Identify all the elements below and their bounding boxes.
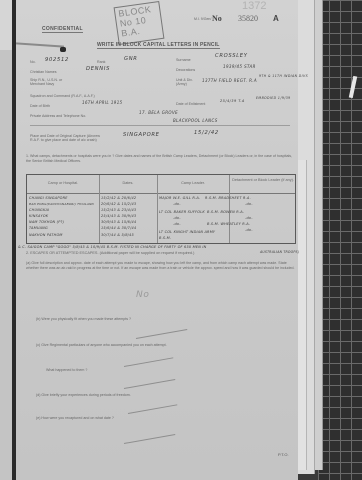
- strike-line: [124, 379, 175, 389]
- table-cell: -do-: [173, 202, 181, 206]
- label-christian-names: Christian Names: [30, 70, 57, 74]
- table-cell: 20/6/42 & 15/2/43: [101, 202, 136, 206]
- answer-2a: No: [136, 290, 150, 300]
- table-cell: 30/9/43 & 15/6/44: [101, 220, 136, 224]
- table-cell: -do-: [245, 216, 253, 220]
- value-date-of-capture: 15/2/42: [194, 130, 219, 136]
- table-cell: CHUNGKAI: [29, 208, 49, 212]
- table-cell: 15/6/44 & 30/7/44: [101, 226, 136, 230]
- value-number: 902512: [45, 57, 69, 63]
- question-2c-followup-text: What happened to them ?: [46, 368, 87, 373]
- header-camp-leader: Camp Leader.: [157, 181, 229, 185]
- pin-head-icon: [60, 47, 66, 52]
- table-header-row: Camp or Hospital. Dates. Camp Leader. De…: [27, 175, 295, 194]
- table-cell: -do-: [245, 228, 253, 232]
- value-address-line1: 17. BELA GROVE: [139, 110, 178, 115]
- label-date-of-enlistment: Date of Enlistment: [176, 102, 205, 106]
- table-cell: NAKHON PATHOM: [29, 233, 63, 237]
- value-address-line2: BLACKPOOL LANCS: [173, 118, 218, 123]
- table-cell: B.S.M. BOWEN R.A.: [207, 210, 244, 214]
- serial-number: 35820: [238, 14, 258, 23]
- label-date-of-birth: Date of Birth: [30, 104, 50, 108]
- value-divisions: 9TH & 11TH INDIAN DIVS: [259, 74, 308, 78]
- question-2e-text: (e) How were you recaptured and on what …: [36, 416, 114, 421]
- label-place-of-capture: Place and Date of Original Capture (Airc…: [30, 134, 110, 142]
- pin-icon: [16, 42, 64, 47]
- value-decorations: 1939/45 STAR: [223, 64, 256, 69]
- table-cell: -do-: [245, 202, 253, 206]
- questionnaire-sheet: CONFIDENTIAL BLOCK No 10 B.A. 1372 M.I. …: [16, 0, 298, 480]
- header-camp: Camp or Hospital.: [27, 181, 99, 185]
- table-cell: LT COL KNIGHT INDIAN ARMY: [159, 230, 215, 234]
- camps-table: Camp or Hospital. Dates. Camp Leader. De…: [26, 174, 296, 244]
- label-squadron: Squadron and Command (R.A.F., A.A.F.): [30, 94, 95, 98]
- value-unit: 137TH FIELD REGT. R.A: [202, 78, 257, 83]
- header-block-leader: Detachment or Block Leader (if any).: [231, 178, 295, 182]
- serial-suffix: A: [273, 14, 279, 23]
- label-ship: Ship R.N., U.S.N. or Merchant Navy: [30, 78, 66, 86]
- value-embodied: EMBODIED 1/9/39: [256, 96, 291, 100]
- value-enlistment: 25/4/39 T.A: [220, 99, 245, 103]
- label-private-address: Private Address and Telephone No.: [30, 114, 86, 118]
- question-2b-text: (b) Were you physically fit when you mad…: [36, 317, 131, 322]
- strike-line: [128, 404, 177, 414]
- column-divider: [157, 175, 158, 243]
- question-2-title: 2. ESCAPES OR ATTEMPTED ESCAPES.: [26, 251, 99, 255]
- column-divider: [99, 175, 100, 243]
- table-cell: R.S.M. BRADSHEET R.A.: [205, 196, 251, 200]
- value-date-of-birth: 16TH APRIL 1915: [82, 100, 123, 105]
- table-cell: 30/7/44 & 5/8/45: [101, 233, 134, 237]
- label-decorations: Decorations: [176, 68, 195, 72]
- table-cell: 15/2/43 & 23/4/43: [101, 208, 136, 212]
- cutting-mat-backdrop: [318, 0, 362, 480]
- binding-gutter: [12, 0, 16, 480]
- divider: [30, 125, 290, 126]
- value-rank: GNR: [124, 56, 138, 62]
- instruction-header: WRITE IN BLOCK CAPITAL LETTERS IN PENCIL: [97, 42, 220, 49]
- faint-stamp-number: 1372: [242, 0, 266, 12]
- table-cell: -do-: [173, 216, 181, 220]
- header-dates: Dates.: [99, 181, 157, 185]
- table-cell: B.S.M.: [159, 236, 171, 240]
- table-cell: -do-: [173, 222, 181, 226]
- table-cell: 15/2/42 & 20/6/42: [101, 196, 136, 200]
- value-place-of-capture: SINGAPORE: [123, 132, 160, 138]
- question-1-text: 1. What camps, detachments or hospitals …: [26, 154, 294, 163]
- confidential-label: CONFIDENTIAL: [42, 26, 83, 33]
- question-2-note: (Additional paper will be supplied on re…: [100, 251, 195, 255]
- handwritten-note: AUSTRALIAN TROOPS): [260, 250, 299, 254]
- table-cell: TAMUANG: [29, 226, 48, 230]
- question-2d-text: (d) Give briefly your experiences during…: [36, 393, 131, 398]
- column-divider: [229, 175, 230, 243]
- table-cell: MAJOR W.E. GILL R.A.: [159, 196, 200, 200]
- label-surname: Surname: [176, 58, 191, 62]
- strike-line: [124, 357, 173, 367]
- table-cell: 25/4/43 & 30/9/43: [101, 214, 136, 218]
- table-cell: CHANGI SINGAPORE: [29, 196, 68, 200]
- serial-no-label: No: [212, 14, 222, 23]
- strike-line: [124, 434, 175, 444]
- question-2a-text: (a) Give full description and approx. da…: [26, 261, 296, 270]
- serial-prefix: M.I. 9/Gen/: [194, 17, 211, 21]
- label-unit-div: Unit & Div. (Army): [176, 78, 200, 86]
- table-overflow-note: & C. SAIGON CAMP "GOGO" 5/8/45 & 10/9/45…: [18, 245, 206, 249]
- table-cell: BAN PONG(KANCHANABURI) THAILAND: [29, 202, 94, 206]
- table-cell: B.S.M. WHEATLEY R.A.: [207, 222, 250, 226]
- block-stamp: BLOCK No 10 B.A.: [114, 1, 165, 45]
- label-rank: Rank: [97, 60, 105, 64]
- value-christian-names: DENNIS: [86, 66, 110, 72]
- page-turn-label: P.T.O.: [278, 452, 289, 457]
- table-cell: KINSAYOK: [29, 214, 48, 218]
- table-cell: LT COL BAKER SUFFOLK: [159, 210, 205, 214]
- question-2c-text: (c) Give Regimental particulars of anyon…: [36, 343, 167, 348]
- table-cell: NAM TOKHON (P?): [29, 220, 64, 224]
- label-number: No.: [30, 60, 36, 64]
- strike-line: [136, 329, 187, 339]
- question-2-heading: 2. ESCAPES OR ATTEMPTED ESCAPES. (Additi…: [26, 251, 194, 256]
- value-surname: CROSSLEY: [215, 53, 248, 59]
